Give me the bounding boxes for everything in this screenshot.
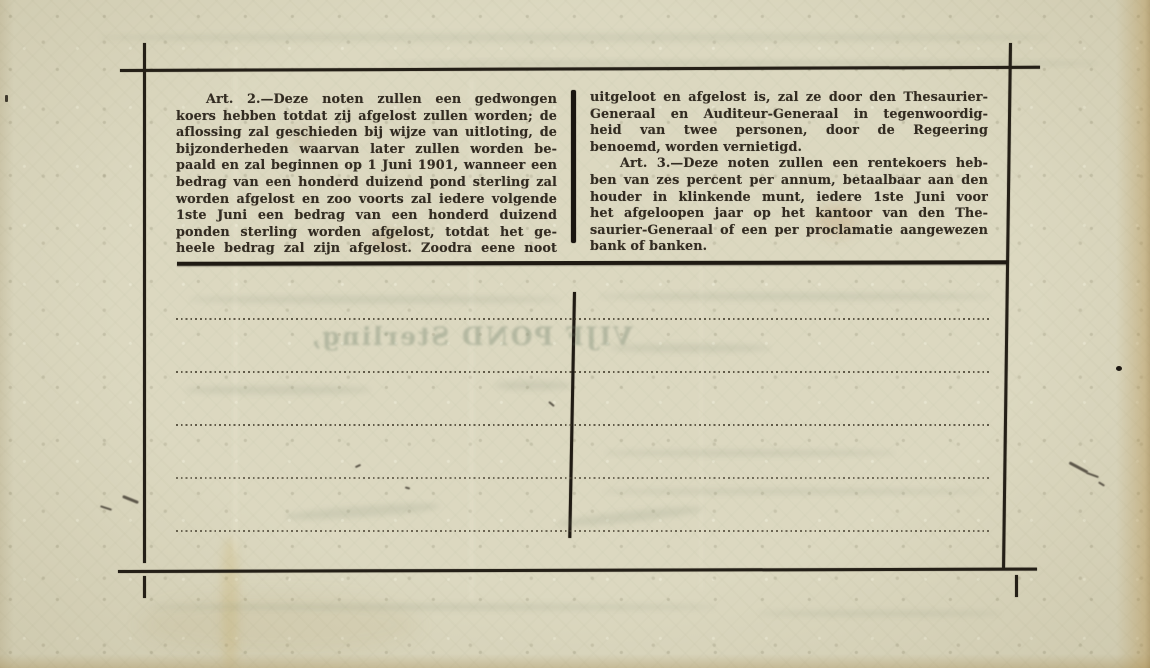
frame-top-line [120, 66, 1040, 72]
show-through-smudge [495, 381, 570, 390]
banknote-back-scan: Art. 2.—Deze noten zullen een gedwongen … [0, 0, 1150, 668]
pencil-mark [355, 464, 361, 468]
show-through-smudge [190, 296, 560, 303]
article-3-column: uitgeloot en afgelost is, zal ze door de… [590, 90, 988, 256]
article-text-line: ponden sterling worden afgelost, totdat … [176, 225, 557, 242]
article-text-line: worden afgelost en zoo voorts zal iedere… [176, 192, 557, 209]
frame-left-line [143, 43, 146, 563]
scan-edge-bottom [0, 654, 1150, 668]
article-text-line: Generaal en Auditeur-Generaal in tegenwo… [590, 107, 988, 124]
article-text-line: heid van twee personen, door de Regeerin… [590, 123, 988, 140]
article-text-line: Art. 2.—Deze noten zullen een gedwongen [176, 92, 557, 109]
article-text-line: het afgeloopen jaar op het kantoor van d… [590, 206, 988, 223]
frame-corner-tick-bottom-right [1015, 575, 1018, 597]
frame-corner-tick-bottom-left [143, 576, 146, 598]
article-text-line: bank of banken. [590, 239, 988, 256]
dotted-fill-line [176, 424, 990, 426]
dotted-fill-line [176, 318, 990, 320]
pencil-mark [122, 495, 139, 504]
pencil-mark [548, 401, 555, 407]
show-through-denomination: VIJF POND Sterling, [298, 322, 644, 351]
frame-right-line [1002, 43, 1012, 568]
pencil-mark [405, 486, 410, 489]
article-text-line: 1ste Juni een bedrag van een honderd dui… [176, 208, 557, 225]
article-text-line: bijzonderheden waarvan later zullen word… [176, 142, 557, 159]
pencil-mark [100, 505, 112, 511]
article-text-line: aflossing zal geschieden bij wijze van u… [176, 125, 557, 142]
show-through-smudge [558, 503, 703, 529]
show-through-smudge [150, 604, 715, 610]
show-through-smudge [760, 611, 1000, 616]
show-through-smudge [603, 489, 983, 494]
article-text-line: benoemd, worden vernietigd. [590, 140, 988, 157]
frame-bottom-line [118, 568, 1037, 573]
show-through-smudge [605, 450, 895, 456]
article-text-line: heele bedrag zal zijn afgelost. Zoodra e… [176, 241, 557, 258]
article-2-column: Art. 2.—Deze noten zullen een gedwongen … [176, 92, 557, 258]
article-text-line: Art. 3.—Deze noten zullen een rentekoers… [590, 156, 988, 173]
pencil-mark [1098, 481, 1105, 486]
show-through-smudge [100, 33, 1050, 42]
article-text-line: houder in klinkende munt, iedere 1ste Ju… [590, 190, 988, 207]
dotted-fill-line [176, 477, 990, 479]
column-divider-rule [571, 90, 576, 243]
article-text-line: koers hebben totdat zij afgelost zullen … [176, 109, 557, 126]
article-text-line: uitgeloot en afgelost is, zal ze door de… [590, 90, 988, 107]
show-through-smudge [285, 501, 440, 523]
scan-edge-right [1116, 0, 1150, 668]
show-through-smudge [610, 344, 770, 352]
article-text-line: ben van zes percent per annum, betaalbaa… [590, 173, 988, 190]
pencil-mark [1086, 472, 1099, 478]
show-through-smudge [600, 293, 990, 300]
show-through-smudge [185, 386, 370, 394]
scan-edge-left [0, 0, 14, 668]
section-divider-rule [177, 260, 1007, 265]
dotted-fill-line [176, 530, 990, 532]
article-text-line: bedrag van een honderd duizend pond ster… [176, 175, 557, 192]
article-text-line: saurier-Generaal of een per proclamatie … [590, 223, 988, 240]
dotted-fill-line [176, 371, 990, 373]
article-text-line: paald en zal beginnen op 1 Juni 1901, wa… [176, 158, 557, 175]
